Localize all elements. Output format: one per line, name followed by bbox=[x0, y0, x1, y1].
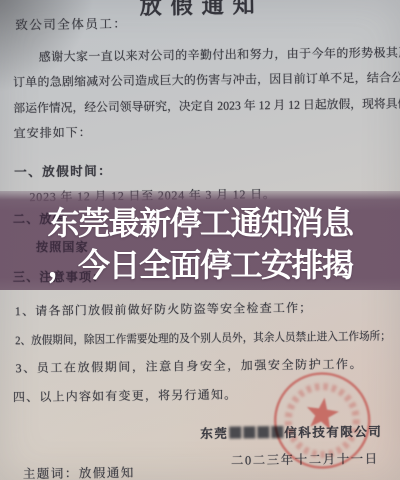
footer-subject-line: 主题词：放假通知 bbox=[23, 463, 135, 480]
salutation-line: 致公司全体员工： bbox=[15, 14, 127, 33]
overlay-banner: 二、放假 按照国家 三、注意事项： 东莞最新停工通知消息 ，今日全面停工安排揭 bbox=[0, 191, 400, 290]
signature-date: 二0二三年十二月十一日 bbox=[231, 449, 379, 469]
overlay-headline-line-2: ，今日全面停工安排揭 bbox=[0, 240, 400, 286]
redaction-block bbox=[229, 427, 241, 439]
section-4-line: 四、以上内容如有变更，将另行通知。 bbox=[13, 386, 238, 406]
paragraph-line: 订单的急剧缩减对公司造成巨大的伤害与冲击，因目前订单不足，结合公司内 bbox=[13, 68, 400, 90]
company-name-prefix: 东莞 bbox=[200, 427, 228, 441]
paragraph-line: 宜安排如下： bbox=[14, 123, 92, 141]
notice-photo: 放假通知 致公司全体员工： 感谢大家一直以来对公司的辛勤付出和努力，由于今年的形… bbox=[0, 0, 400, 480]
paragraph-line: 部运作情况，经公司领导研究，决定自 2023 年 12 月 12 日起放假，现将… bbox=[13, 94, 400, 116]
redaction-block bbox=[243, 426, 255, 438]
section-1-heading: 一、放假时间： bbox=[14, 161, 112, 180]
seal-arc-text-blur bbox=[288, 386, 357, 455]
company-name-suffix: 信科技有限公司 bbox=[284, 425, 382, 440]
note-line-3: 3、员工在放假期间，注意自身安全，加强安全防护工作。 bbox=[15, 355, 363, 376]
redaction-block bbox=[257, 426, 269, 438]
paragraph-line: 感谢大家一直以来对公司的辛勤付出和努力，由于今年的形势极其严峻， bbox=[39, 43, 400, 65]
overlay-headline: 东莞最新停工通知消息 ，今日全面停工安排揭 bbox=[0, 191, 400, 290]
redaction-block bbox=[271, 426, 283, 438]
note-line-1: 1、请各部门放假前做好防火防盗等安全检查工作； bbox=[15, 299, 313, 320]
overlay-headline-line-1: 东莞最新停工通知消息 bbox=[0, 198, 400, 244]
note-line-2: 2、放假期间，除因工作需要处理的及个别人员外，其余人员禁止进入工作场所； bbox=[15, 328, 391, 349]
company-signature: 东莞信科技有限公司 bbox=[200, 422, 382, 442]
